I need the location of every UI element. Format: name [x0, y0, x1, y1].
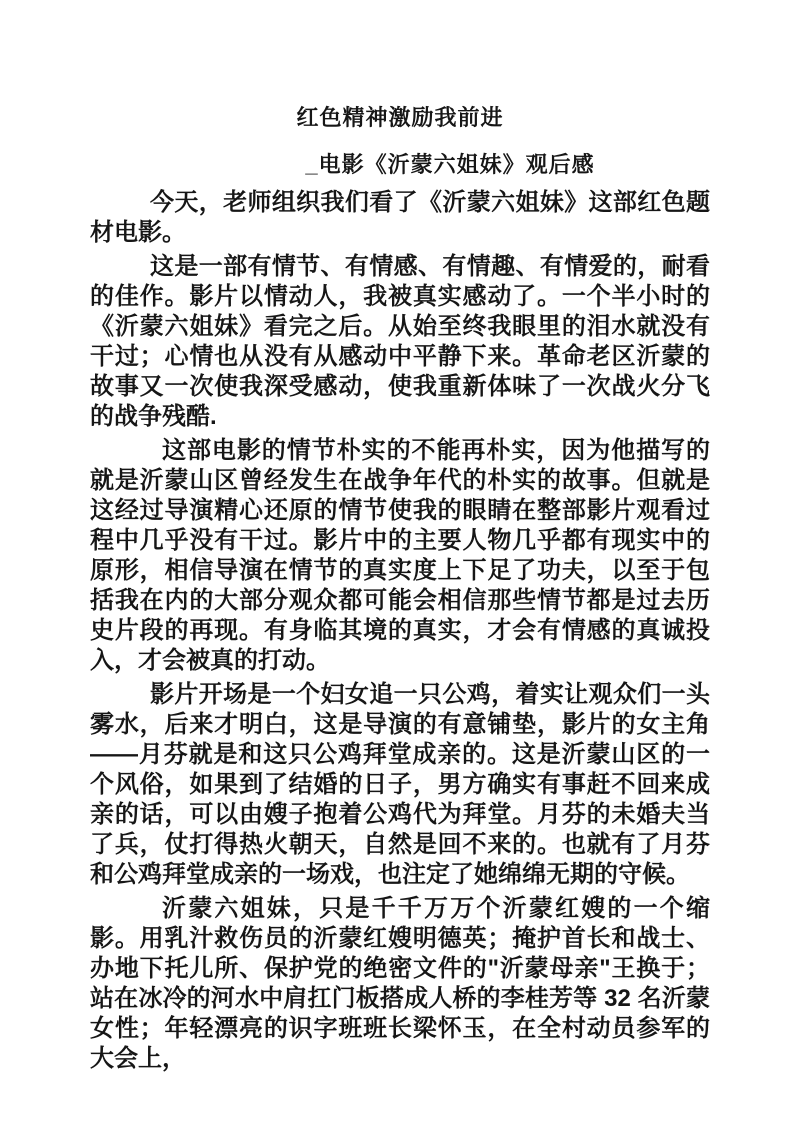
page-subtitle: _电影《沂蒙六姐妹》观后感: [90, 150, 710, 180]
paragraph: 影片开场是一个妇女追一只公鸡，着实让观众们一头雾水，后来才明白，这是导演的有意铺…: [90, 680, 710, 890]
paragraph: 这部电影的情节朴实的不能再朴实，因为他描写的就是沂蒙山区曾经发生在战争年代的朴实…: [90, 436, 710, 676]
body-text: 今天，老师组织我们看了《沂蒙六姐妹》这部红色题材电影。 这是一部有情节、有情感、…: [90, 188, 710, 1074]
paragraph: 今天，老师组织我们看了《沂蒙六姐妹》这部红色题材电影。: [90, 188, 710, 248]
page-title: 红色精神激励我前进: [90, 103, 710, 133]
document-page: { "document": { "title": "红色精神激励我前进", "s…: [0, 0, 800, 1132]
paragraph: 沂蒙六姐妹，只是千千万万个沂蒙红嫂的一个缩影。用乳汁救伤员的沂蒙红嫂明德英；掩护…: [90, 894, 710, 1074]
paragraph: 这是一部有情节、有情感、有情趣、有情爱的，耐看的佳作。影片以情动人，我被真实感动…: [90, 252, 710, 432]
page-content: 红色精神激励我前进 _电影《沂蒙六姐妹》观后感 今天，老师组织我们看了《沂蒙六姐…: [90, 103, 710, 1078]
